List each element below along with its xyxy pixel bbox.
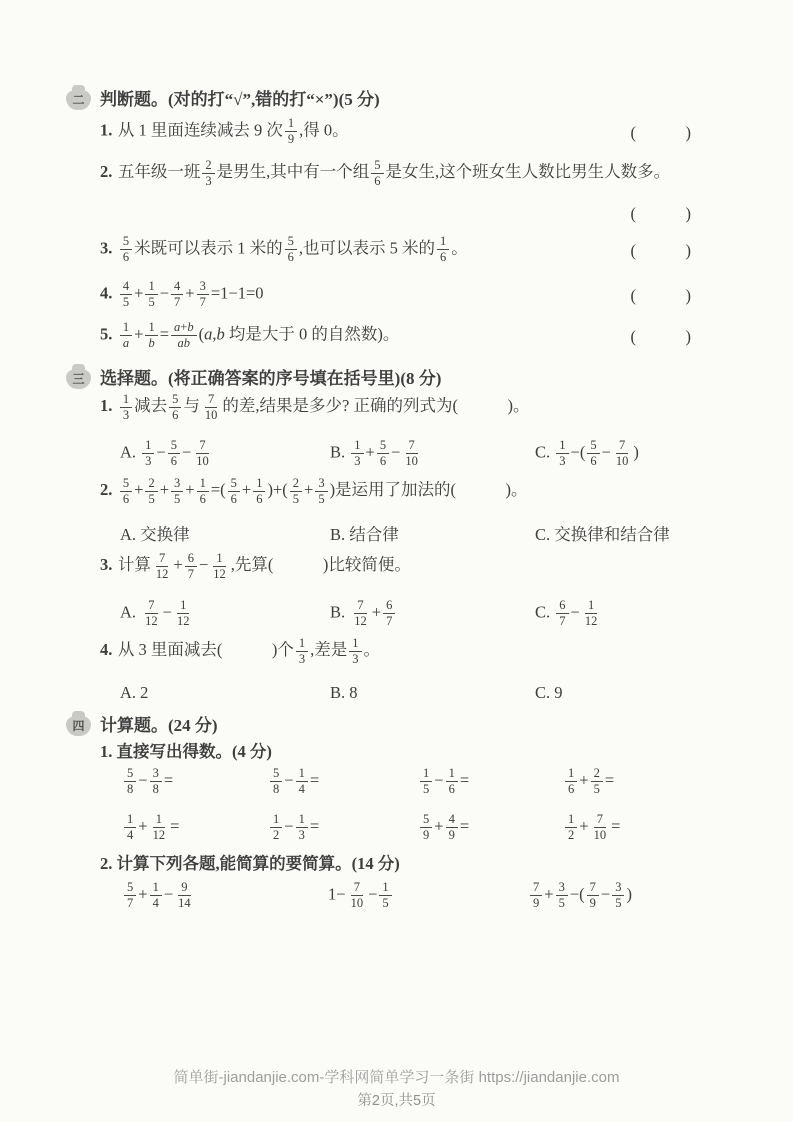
calc-expression: 57+14−914 bbox=[122, 880, 328, 911]
option-b: B. 结合律 bbox=[330, 521, 535, 545]
option-a: A. 712−112 bbox=[120, 598, 330, 629]
section-title: 判断题。(对的打“√”,错的打“×”)(5 分) bbox=[100, 85, 380, 110]
question-text: 5. 1a+1b=a+bab(a,b 均是大于 0 的自然数)。 bbox=[100, 320, 631, 351]
option-a: A. 2 bbox=[120, 683, 330, 703]
judgment-question-2: 2. 五年级一班23是男生,其中有一个组56是女生,这个班女生人数比男生人数多。 bbox=[100, 158, 691, 196]
section-calculation: 四 计算题。(24 分) 1. 直接写出得数。(4 分) 58−38= 58−1… bbox=[0, 710, 793, 914]
option-c: C. 交换律和结合律 bbox=[535, 521, 793, 545]
choice-question-1-stem: 1. 13减去56与710的差,结果是多少? 正确的列式为( )。 bbox=[100, 392, 691, 430]
judgment-question-3: 3. 56米既可以表示 1 米的56,也可以表示 5 米的16。 ( ) bbox=[100, 230, 691, 268]
calc-expression: 59+49= bbox=[418, 812, 563, 843]
answer-bracket: ( ) bbox=[631, 237, 692, 261]
choice-question-4-stem: 4. 从 3 里面减去( )个13,差是13。 bbox=[100, 636, 691, 674]
question-text: 1. 13减去56与710的差,结果是多少? 正确的列式为( )。 bbox=[100, 396, 537, 415]
calc-expression: 14+112= bbox=[122, 812, 268, 843]
section-number-label: 二 bbox=[72, 94, 84, 106]
calc-expression: 58−14= bbox=[268, 766, 418, 797]
option-b: B. 13+56−710 bbox=[330, 438, 535, 469]
calc-expression: 16+25= bbox=[563, 766, 793, 797]
page-footer: 简单街-jiandanjie.com-学科网简单学习一条街 https://ji… bbox=[0, 1066, 793, 1110]
question-text: 3. 计算712+67−112,先算( )比较简便。 bbox=[100, 555, 419, 574]
calc-expression: 1−710−15 bbox=[328, 880, 528, 911]
calc-expression: 15−16= bbox=[418, 766, 563, 797]
section-number-label: 四 bbox=[72, 720, 84, 732]
section-judgment: 二 判断题。(对的打“√”,错的打“×”)(5 分) 1. 从 1 里面连续减去… bbox=[0, 84, 793, 355]
section-choice: 三 选择题。(将正确答案的序号填在括号里)(8 分) 1. 13减去56与710… bbox=[0, 363, 793, 704]
simplify-calc-subtitle: 2. 计算下列各题,能简算的要简算。(14 分) bbox=[100, 850, 793, 874]
section-title: 计算题。(24 分) bbox=[100, 711, 218, 736]
choice-question-3-stem: 3. 计算712+67−112,先算( )比较简便。 bbox=[100, 551, 691, 589]
calc-expression: 79+35−(79−35) bbox=[528, 880, 793, 911]
calc-expression: 58−38= bbox=[122, 766, 268, 797]
choice-question-4-options: A. 2 B. 8 C. 9 bbox=[120, 682, 793, 704]
calc-expression: 12−13= bbox=[268, 812, 418, 843]
judgment-question-2-bracket-row: ( ) bbox=[100, 200, 691, 224]
section-number-label: 三 bbox=[72, 373, 84, 385]
question-text: 1. 从 1 里面连续减去 9 次19,得 0。 bbox=[100, 116, 631, 147]
option-b: B. 712+67 bbox=[330, 598, 535, 629]
judgment-question-1: 1. 从 1 里面连续减去 9 次19,得 0。 ( ) bbox=[100, 112, 691, 150]
footer-site-text: 简单街-jiandanjie.com-学科网简单学习一条街 https://ji… bbox=[0, 1066, 793, 1087]
money-bag-icon: 三 bbox=[66, 369, 91, 389]
section-choice-header: 三 选择题。(将正确答案的序号填在括号里)(8 分) bbox=[66, 363, 793, 389]
direct-calc-row-1: 58−38= 58−14= 15−16= 16+25= bbox=[122, 762, 793, 800]
question-text: 3. 56米既可以表示 1 米的56,也可以表示 5 米的16。 bbox=[100, 234, 631, 265]
answer-bracket: ( ) bbox=[631, 119, 692, 143]
choice-question-2-stem: 2. 56+25+35+16=(56+16)+(25+35)是运用了加法的( )… bbox=[100, 476, 691, 514]
judgment-question-4: 4. 45+15−47+37=1−1=0 ( ) bbox=[100, 275, 691, 313]
option-c: C. 67−112 bbox=[535, 598, 793, 629]
choice-question-1-options: A. 13−56−710 B. 13+56−710 C. 13−(56−710) bbox=[120, 434, 793, 472]
answer-bracket: ( ) bbox=[631, 200, 692, 224]
choice-question-3-options: A. 712−112 B. 712+67 C. 67−112 bbox=[120, 594, 793, 632]
page-number: 第2页,共5页 bbox=[0, 1089, 793, 1110]
question-text: 4. 45+15−47+37=1−1=0 bbox=[100, 279, 631, 310]
judgment-question-5: 5. 1a+1b=a+bab(a,b 均是大于 0 的自然数)。 ( ) bbox=[100, 315, 691, 355]
direct-calc-row-2: 14+112= 12−13= 59+49= 12+710= bbox=[122, 808, 793, 846]
question-text: 4. 从 3 里面减去( )个13,差是13。 bbox=[100, 640, 388, 659]
answer-bracket: ( ) bbox=[631, 282, 692, 306]
simplify-calc-row: 57+14−914 1−710−15 79+35−(79−35) bbox=[122, 876, 793, 914]
section-judgment-header: 二 判断题。(对的打“√”,错的打“×”)(5 分) bbox=[66, 84, 793, 110]
option-b: B. 8 bbox=[330, 683, 535, 703]
choice-question-2-options: A. 交换律 B. 结合律 C. 交换律和结合律 bbox=[120, 521, 793, 545]
direct-calc-subtitle: 1. 直接写出得数。(4 分) bbox=[100, 738, 793, 762]
money-bag-icon: 四 bbox=[66, 716, 91, 736]
question-text: 2. 五年级一班23是男生,其中有一个组56是女生,这个班女生人数比男生人数多。 bbox=[100, 162, 678, 181]
option-a: A. 13−56−710 bbox=[120, 438, 330, 469]
option-a: A. 交换律 bbox=[120, 521, 330, 545]
section-title: 选择题。(将正确答案的序号填在括号里)(8 分) bbox=[100, 364, 441, 389]
option-c: C. 13−(56−710) bbox=[535, 438, 793, 469]
section-calculation-header: 四 计算题。(24 分) bbox=[66, 710, 793, 736]
option-c: C. 9 bbox=[535, 683, 793, 703]
calc-expression: 12+710= bbox=[563, 812, 793, 843]
worksheet-page: 二 判断题。(对的打“√”,错的打“×”)(5 分) 1. 从 1 里面连续减去… bbox=[0, 0, 793, 1122]
money-bag-icon: 二 bbox=[66, 90, 91, 110]
question-text: 2. 56+25+35+16=(56+16)+(25+35)是运用了加法的( )… bbox=[100, 480, 536, 499]
answer-bracket: ( ) bbox=[631, 323, 692, 347]
